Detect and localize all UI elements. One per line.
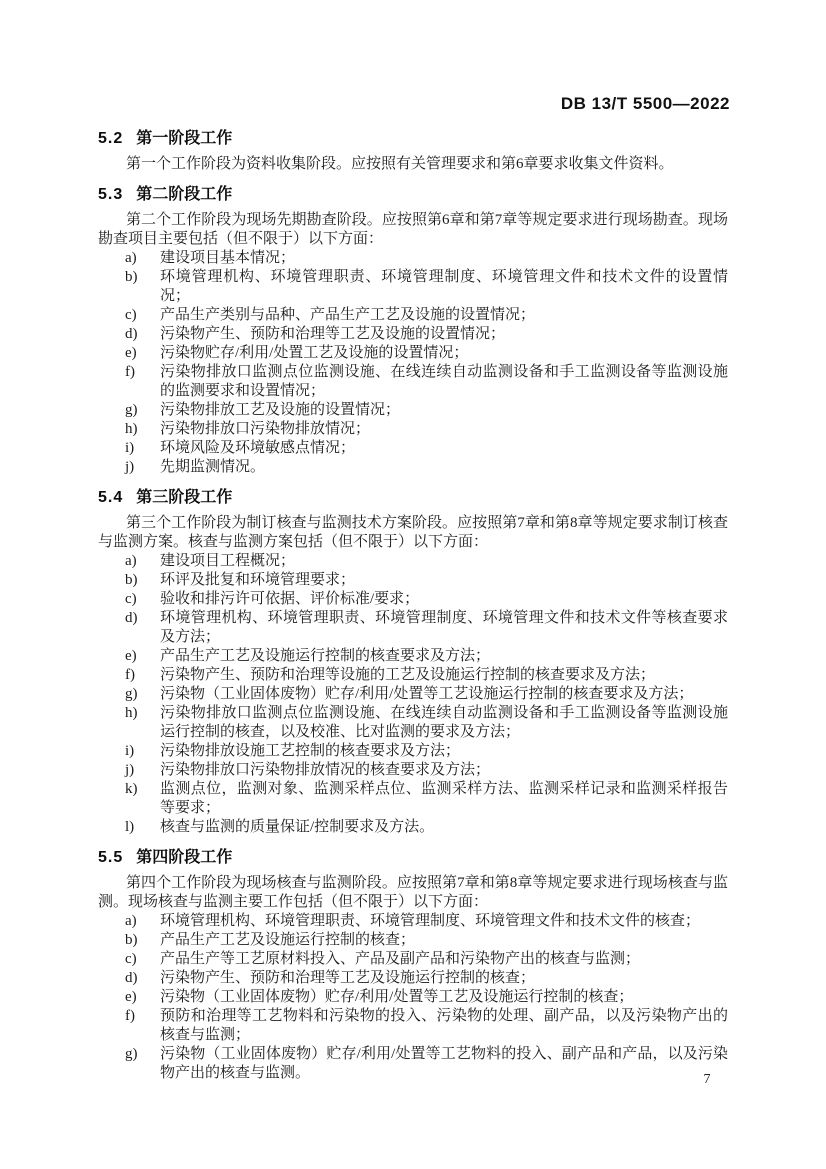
section-title: 第二阶段工作 (136, 186, 232, 203)
item-text: 污染物排放口污染物排放情况； (160, 420, 728, 439)
list-item: e) 污染物（工业固体废物）贮存/利用/处置等工艺及设施运行控制的核查； (98, 988, 728, 1007)
item-label: g) (125, 1045, 160, 1083)
item-label: a) (125, 552, 160, 571)
page-header: DB 13/T 5500—2022 (98, 94, 730, 114)
item-label: h) (125, 420, 160, 439)
list-item: c) 产品生产等工艺原材料投入、产品及副产品和污染物产出的核查与监测； (98, 950, 728, 969)
item-label: j) (125, 458, 160, 477)
section-heading: 5.5第四阶段工作 (98, 848, 728, 868)
item-label: f) (125, 666, 160, 685)
section-paragraph: 第四个工作阶段为现场核查与监测阶段。应按照第7章和第8章等规定要求进行现场核查与… (98, 874, 728, 912)
list-item: e) 产品生产工艺及设施运行控制的核查要求及方法； (98, 647, 728, 666)
item-text: 污染物排放口监测点位监测设施、在线连续自动监测设备和手工监测设备等监测设施的监测… (160, 363, 728, 401)
item-label: a) (125, 249, 160, 268)
page-number: 7 (692, 1072, 722, 1088)
item-label: e) (125, 988, 160, 1007)
section-paragraph: 第三个工作阶段为制订核查与监测技术方案阶段。应按照第7章和第8章等规定要求制订核… (98, 514, 728, 552)
item-label: g) (125, 685, 160, 704)
item-label: d) (125, 969, 160, 988)
item-label: l) (125, 818, 160, 837)
section-heading: 5.3第二阶段工作 (98, 185, 728, 205)
list-item: f) 污染物产生、预防和治理等设施的工艺及设施运行控制的核查要求及方法； (98, 666, 728, 685)
item-text: 产品生产工艺及设施运行控制的核查； (160, 931, 728, 950)
section-heading: 5.2第一阶段工作 (98, 129, 728, 149)
item-text: 预防和治理等工艺物料和污染物的投入、污染物的处理、副产品，以及污染物产出的核查与… (160, 1007, 728, 1045)
item-label: b) (125, 571, 160, 590)
section-number: 5.4 (98, 488, 123, 508)
item-text: 环评及批复和环境管理要求； (160, 571, 728, 590)
item-text: 污染物排放设施工艺控制的核查要求及方法； (160, 742, 728, 761)
section: 5.4第三阶段工作 第三个工作阶段为制订核查与监测技术方案阶段。应按照第7章和第… (98, 488, 728, 837)
item-text: 产品生产类别与品种、产品生产工艺及设施的设置情况； (160, 306, 728, 325)
list-item: i) 环境风险及环境敏感点情况； (98, 439, 728, 458)
list-item: d) 环境管理机构、环境管理职责、环境管理制度、环境管理文件和技术文件等核查要求… (98, 609, 728, 647)
list-item: h) 污染物排放口监测点位监测设施、在线连续自动监测设备和手工监测设备等监测设施… (98, 704, 728, 742)
item-label: j) (125, 761, 160, 780)
section: 5.2第一阶段工作 第一个工作阶段为资料收集阶段。应按照有关管理要求和第6章要求… (98, 129, 728, 174)
section-title: 第一阶段工作 (136, 130, 232, 147)
section-number: 5.2 (98, 129, 123, 149)
list-item: j) 先期监测情况。 (98, 458, 728, 477)
item-text: 产品生产工艺及设施运行控制的核查要求及方法； (160, 647, 728, 666)
item-list: a) 建设项目基本情况； b) 环境管理机构、环境管理职责、环境管理制度、环境管… (98, 249, 728, 477)
list-item: b) 环评及批复和环境管理要求； (98, 571, 728, 590)
list-item: l) 核查与监测的质量保证/控制要求及方法。 (98, 818, 728, 837)
list-item: a) 建设项目基本情况； (98, 249, 728, 268)
section-title: 第四阶段工作 (136, 849, 232, 866)
item-text: 污染物（工业固体废物）贮存/利用/处置等工艺及设施运行控制的核查； (160, 988, 728, 1007)
list-item: g) 污染物（工业固体废物）贮存/利用/处置等工艺物料的投入、副产品和产品，以及… (98, 1045, 728, 1083)
item-text: 环境管理机构、环境管理职责、环境管理制度、环境管理文件和技术文件的核查； (160, 912, 728, 931)
item-text: 污染物产生、预防和治理等设施的工艺及设施运行控制的核查要求及方法； (160, 666, 728, 685)
list-item: d) 污染物产生、预防和治理等工艺及设施运行控制的核查； (98, 969, 728, 988)
item-text: 环境管理机构、环境管理职责、环境管理制度、环境管理文件和技术文件等核查要求及方法… (160, 609, 728, 647)
item-text: 先期监测情况。 (160, 458, 728, 477)
item-text: 环境管理机构、环境管理职责、环境管理制度、环境管理文件和技术文件的设置情况； (160, 268, 728, 306)
item-label: e) (125, 647, 160, 666)
item-label: i) (125, 742, 160, 761)
item-text: 污染物排放口监测点位监测设施、在线连续自动监测设备和手工监测设备等监测设施运行控… (160, 704, 728, 742)
section: 5.5第四阶段工作 第四个工作阶段为现场核查与监测阶段。应按照第7章和第8章等规… (98, 848, 728, 1083)
item-label: e) (125, 344, 160, 363)
item-text: 污染物排放工艺及设施的设置情况； (160, 401, 728, 420)
item-text: 污染物排放口污染物排放情况的核查要求及方法； (160, 761, 728, 780)
item-label: c) (125, 950, 160, 969)
item-text: 核查与监测的质量保证/控制要求及方法。 (160, 818, 728, 837)
item-label: d) (125, 609, 160, 647)
list-item: a) 建设项目工程概况； (98, 552, 728, 571)
list-item: a) 环境管理机构、环境管理职责、环境管理制度、环境管理文件和技术文件的核查； (98, 912, 728, 931)
document-body: 5.2第一阶段工作 第一个工作阶段为资料收集阶段。应按照有关管理要求和第6章要求… (98, 118, 728, 1083)
list-item: i) 污染物排放设施工艺控制的核查要求及方法； (98, 742, 728, 761)
item-text: 产品生产等工艺原材料投入、产品及副产品和污染物产出的核查与监测； (160, 950, 728, 969)
list-item: e) 污染物贮存/利用/处置工艺及设施的设置情况； (98, 344, 728, 363)
item-text: 监测点位，监测对象、监测采样点位、监测采样方法、监测采样记录和监测采样报告等要求… (160, 780, 728, 818)
item-text: 污染物产生、预防和治理等工艺及设施运行控制的核查； (160, 969, 728, 988)
section-heading: 5.4第三阶段工作 (98, 488, 728, 508)
section-number: 5.5 (98, 848, 123, 868)
item-label: i) (125, 439, 160, 458)
item-label: k) (125, 780, 160, 818)
item-text: 环境风险及环境敏感点情况； (160, 439, 728, 458)
document-page: DB 13/T 5500—2022 5.2第一阶段工作 第一个工作阶段为资料收集… (0, 0, 826, 1169)
section-paragraph: 第一个工作阶段为资料收集阶段。应按照有关管理要求和第6章要求收集文件资料。 (98, 155, 728, 174)
item-label: b) (125, 931, 160, 950)
list-item: g) 污染物排放工艺及设施的设置情况； (98, 401, 728, 420)
standard-number: DB 13/T 5500—2022 (561, 94, 730, 113)
list-item: j) 污染物排放口污染物排放情况的核查要求及方法； (98, 761, 728, 780)
list-item: c) 验收和排污许可依据、评价标准/要求； (98, 590, 728, 609)
item-list: a) 建设项目工程概况； b) 环评及批复和环境管理要求； c) 验收和排污许可… (98, 552, 728, 837)
section: 5.3第二阶段工作 第二个工作阶段为现场先期勘查阶段。应按照第6章和第7章等规定… (98, 185, 728, 477)
section-paragraph: 第二个工作阶段为现场先期勘查阶段。应按照第6章和第7章等规定要求进行现场勘查。现… (98, 211, 728, 249)
item-text: 污染物贮存/利用/处置工艺及设施的设置情况； (160, 344, 728, 363)
item-text: 污染物产生、预防和治理等工艺及设施的设置情况； (160, 325, 728, 344)
item-label: b) (125, 268, 160, 306)
list-item: f) 预防和治理等工艺物料和污染物的投入、污染物的处理、副产品，以及污染物产出的… (98, 1007, 728, 1045)
item-label: c) (125, 306, 160, 325)
item-label: f) (125, 363, 160, 401)
item-text: 验收和排污许可依据、评价标准/要求； (160, 590, 728, 609)
item-text: 污染物（工业固体废物）贮存/利用/处置等工艺物料的投入、副产品和产品，以及污染物… (160, 1045, 728, 1083)
item-label: c) (125, 590, 160, 609)
item-label: d) (125, 325, 160, 344)
item-label: h) (125, 704, 160, 742)
item-text: 建设项目工程概况； (160, 552, 728, 571)
list-item: g) 污染物（工业固体废物）贮存/利用/处置等工艺设施运行控制的核查要求及方法； (98, 685, 728, 704)
list-item: b) 环境管理机构、环境管理职责、环境管理制度、环境管理文件和技术文件的设置情况… (98, 268, 728, 306)
list-item: h) 污染物排放口污染物排放情况； (98, 420, 728, 439)
item-label: g) (125, 401, 160, 420)
item-text: 污染物（工业固体废物）贮存/利用/处置等工艺设施运行控制的核查要求及方法； (160, 685, 728, 704)
item-label: a) (125, 912, 160, 931)
list-item: k) 监测点位，监测对象、监测采样点位、监测采样方法、监测采样记录和监测采样报告… (98, 780, 728, 818)
list-item: f) 污染物排放口监测点位监测设施、在线连续自动监测设备和手工监测设备等监测设施… (98, 363, 728, 401)
list-item: d) 污染物产生、预防和治理等工艺及设施的设置情况； (98, 325, 728, 344)
list-item: c) 产品生产类别与品种、产品生产工艺及设施的设置情况； (98, 306, 728, 325)
item-list: a) 环境管理机构、环境管理职责、环境管理制度、环境管理文件和技术文件的核查； … (98, 912, 728, 1083)
item-label: f) (125, 1007, 160, 1045)
section-number: 5.3 (98, 185, 123, 205)
item-text: 建设项目基本情况； (160, 249, 728, 268)
list-item: b) 产品生产工艺及设施运行控制的核查； (98, 931, 728, 950)
section-title: 第三阶段工作 (136, 489, 232, 506)
